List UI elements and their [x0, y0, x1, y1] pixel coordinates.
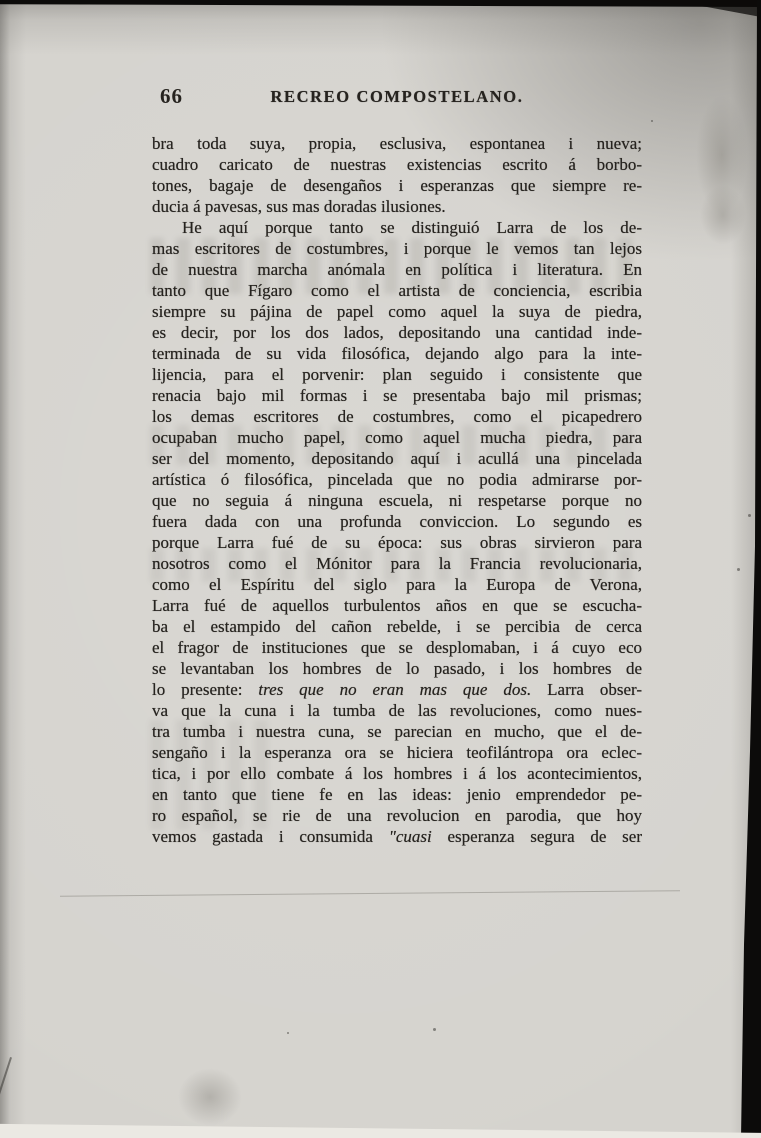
- text-segment: va que la cuna i la tumba de las revoluc…: [152, 701, 642, 720]
- scan-edge-top: [0, 0, 761, 7]
- text-line: ser del momento, depositando aquí i acul…: [152, 448, 642, 469]
- paper-speck: [651, 120, 653, 122]
- text-segment: tica, i por ello combate á los hombres i…: [152, 764, 642, 783]
- text-line: se levantaban los hombres de lo pasado, …: [152, 658, 642, 679]
- scan-edge-bottom: [0, 1122, 761, 1138]
- text-segment: que no seguia á ninguna escuela, ni resp…: [152, 491, 642, 510]
- text-line: He aquí porque tanto se distinguió Larra…: [152, 217, 642, 238]
- text-line: terminada de su vida filosófica, dejando…: [152, 343, 642, 364]
- text-segment: esperanza segura de ser: [432, 827, 642, 846]
- text-line: porque Larra fué de su época: sus obras …: [152, 532, 642, 553]
- text-line: ducia á pavesas, sus mas doradas ilusion…: [152, 196, 642, 217]
- scanned-page-background: 66 RECREO COMPOSTELANO. bra toda suya, p…: [0, 0, 761, 1138]
- page-header: 66 RECREO COMPOSTELANO.: [152, 84, 642, 110]
- paper-crease: [60, 890, 680, 896]
- paper-stain: [696, 95, 748, 215]
- text-segment: artística ó filosófica, pincelada que no…: [152, 470, 642, 489]
- text-segment: Larra obser-: [531, 680, 642, 699]
- text-line: lo presente: tres que no eran mas que do…: [152, 679, 642, 700]
- text-line: de nuestra marcha anómala en política i …: [152, 259, 642, 280]
- text-line: tica, i por ello combate á los hombres i…: [152, 763, 642, 784]
- text-line: ocupaban mucho papel, como aquel mucha p…: [152, 427, 642, 448]
- text-segment: ser del momento, depositando aquí i acul…: [152, 449, 642, 468]
- text-segment: tanto que Fígaro como el artista de conc…: [152, 281, 642, 300]
- paper-speck: [287, 1032, 289, 1034]
- text-segment: ducia á pavesas, sus mas doradas ilusion…: [152, 197, 446, 216]
- text-line: sengaño i la esperanza ora se hiciera te…: [152, 742, 642, 763]
- text-line: artística ó filosófica, pincelada que no…: [152, 469, 642, 490]
- text-line: bra toda suya, propia, esclusiva, espont…: [152, 133, 642, 154]
- text-segment: tones, bagaje de desengaños i esperanzas…: [152, 176, 642, 195]
- paper-stain: [178, 1068, 242, 1126]
- text-line: vemos gastada i consumida "cuasi esperan…: [152, 826, 642, 847]
- text-segment: sengaño i la esperanza ora se hiciera te…: [152, 743, 642, 762]
- running-title: RECREO COMPOSTELANO.: [152, 87, 642, 107]
- italic-text-segment: tres que no eran mas que dos.: [258, 680, 531, 699]
- text-line: tanto que Fígaro como el artista de conc…: [152, 280, 642, 301]
- paper-speck: [748, 514, 751, 517]
- text-segment: lo presente:: [152, 680, 258, 699]
- text-line: es decir, por los dos lados, depositando…: [152, 322, 642, 343]
- text-line: ro español, se rie de una revolucion en …: [152, 805, 642, 826]
- text-line: siempre su pájina de papel como aquel la…: [152, 301, 642, 322]
- text-segment: fuera dada con una profunda conviccion. …: [152, 512, 642, 531]
- text-segment: como el Espíritu del siglo para la Europ…: [152, 575, 642, 594]
- page-text: bra toda suya, propia, esclusiva, espont…: [152, 133, 642, 847]
- text-line: nosotros como el Mónitor para la Francia…: [152, 553, 642, 574]
- text-segment: renacia bajo mil formas i se presentaba …: [152, 386, 642, 405]
- text-line: renacia bajo mil formas i se presentaba …: [152, 385, 642, 406]
- text-segment: tra tumba i nuestra cuna, se parecian en…: [152, 722, 642, 741]
- text-line: va que la cuna i la tumba de las revoluc…: [152, 700, 642, 721]
- italic-text-segment: "cuasi: [389, 827, 432, 846]
- paper-stain: [700, 185, 746, 245]
- text-segment: en tanto que tiene fe en las ideas: jeni…: [152, 785, 642, 804]
- text-segment: porque Larra fué de su época: sus obras …: [152, 533, 642, 552]
- text-line: como el Espíritu del siglo para la Europ…: [152, 574, 642, 595]
- text-line: ba el estampido del cañon rebelde, i se …: [152, 616, 642, 637]
- text-line: que no seguia á ninguna escuela, ni resp…: [152, 490, 642, 511]
- text-segment: el fragor de instituciones que se desplo…: [152, 638, 642, 657]
- text-line: el fragor de instituciones que se desplo…: [152, 637, 642, 658]
- text-segment: ocupaban mucho papel, como aquel mucha p…: [152, 428, 642, 447]
- text-segment: nosotros como el Mónitor para la Francia…: [152, 554, 642, 573]
- text-line: lijencia, para el porvenir: plan seguido…: [152, 364, 642, 385]
- text-line: mas escritores de costumbres, i porque l…: [152, 238, 642, 259]
- text-segment: vemos gastada i consumida: [152, 827, 389, 846]
- page-corner-crease: [0, 1057, 12, 1107]
- text-segment: mas escritores de costumbres, i porque l…: [152, 239, 642, 258]
- text-line: cuadro caricato de nuestras existencias …: [152, 154, 642, 175]
- text-segment: bra toda suya, propia, esclusiva, espont…: [152, 134, 642, 153]
- text-segment: cuadro caricato de nuestras existencias …: [152, 155, 642, 174]
- text-segment: He aquí porque tanto se distinguió Larra…: [182, 218, 642, 237]
- paper-speck: [737, 568, 740, 571]
- text-segment: terminada de su vida filosófica, dejando…: [152, 344, 642, 363]
- text-segment: se levantaban los hombres de lo pasado, …: [152, 659, 642, 678]
- text-segment: lijencia, para el porvenir: plan seguido…: [152, 365, 642, 384]
- text-line: fuera dada con una profunda conviccion. …: [152, 511, 642, 532]
- text-segment: de nuestra marcha anómala en política i …: [152, 260, 642, 279]
- text-line: tra tumba i nuestra cuna, se parecian en…: [152, 721, 642, 742]
- text-segment: ba el estampido del cañon rebelde, i se …: [152, 617, 642, 636]
- paper-speck: [433, 1028, 436, 1031]
- text-line: en tanto que tiene fe en las ideas: jeni…: [152, 784, 642, 805]
- text-segment: Larra fué de aquellos turbulentos años e…: [152, 596, 642, 615]
- text-segment: siempre su pájina de papel como aquel la…: [152, 302, 642, 321]
- text-line: tones, bagaje de desengaños i esperanzas…: [152, 175, 642, 196]
- text-segment: ro español, se rie de una revolucion en …: [152, 806, 642, 825]
- text-line: los demas escritores de costumbres, como…: [152, 406, 642, 427]
- scan-edge-right: [737, 0, 761, 1138]
- text-line: Larra fué de aquellos turbulentos años e…: [152, 595, 642, 616]
- text-segment: los demas escritores de costumbres, como…: [152, 407, 642, 426]
- text-segment: es decir, por los dos lados, depositando…: [152, 323, 642, 342]
